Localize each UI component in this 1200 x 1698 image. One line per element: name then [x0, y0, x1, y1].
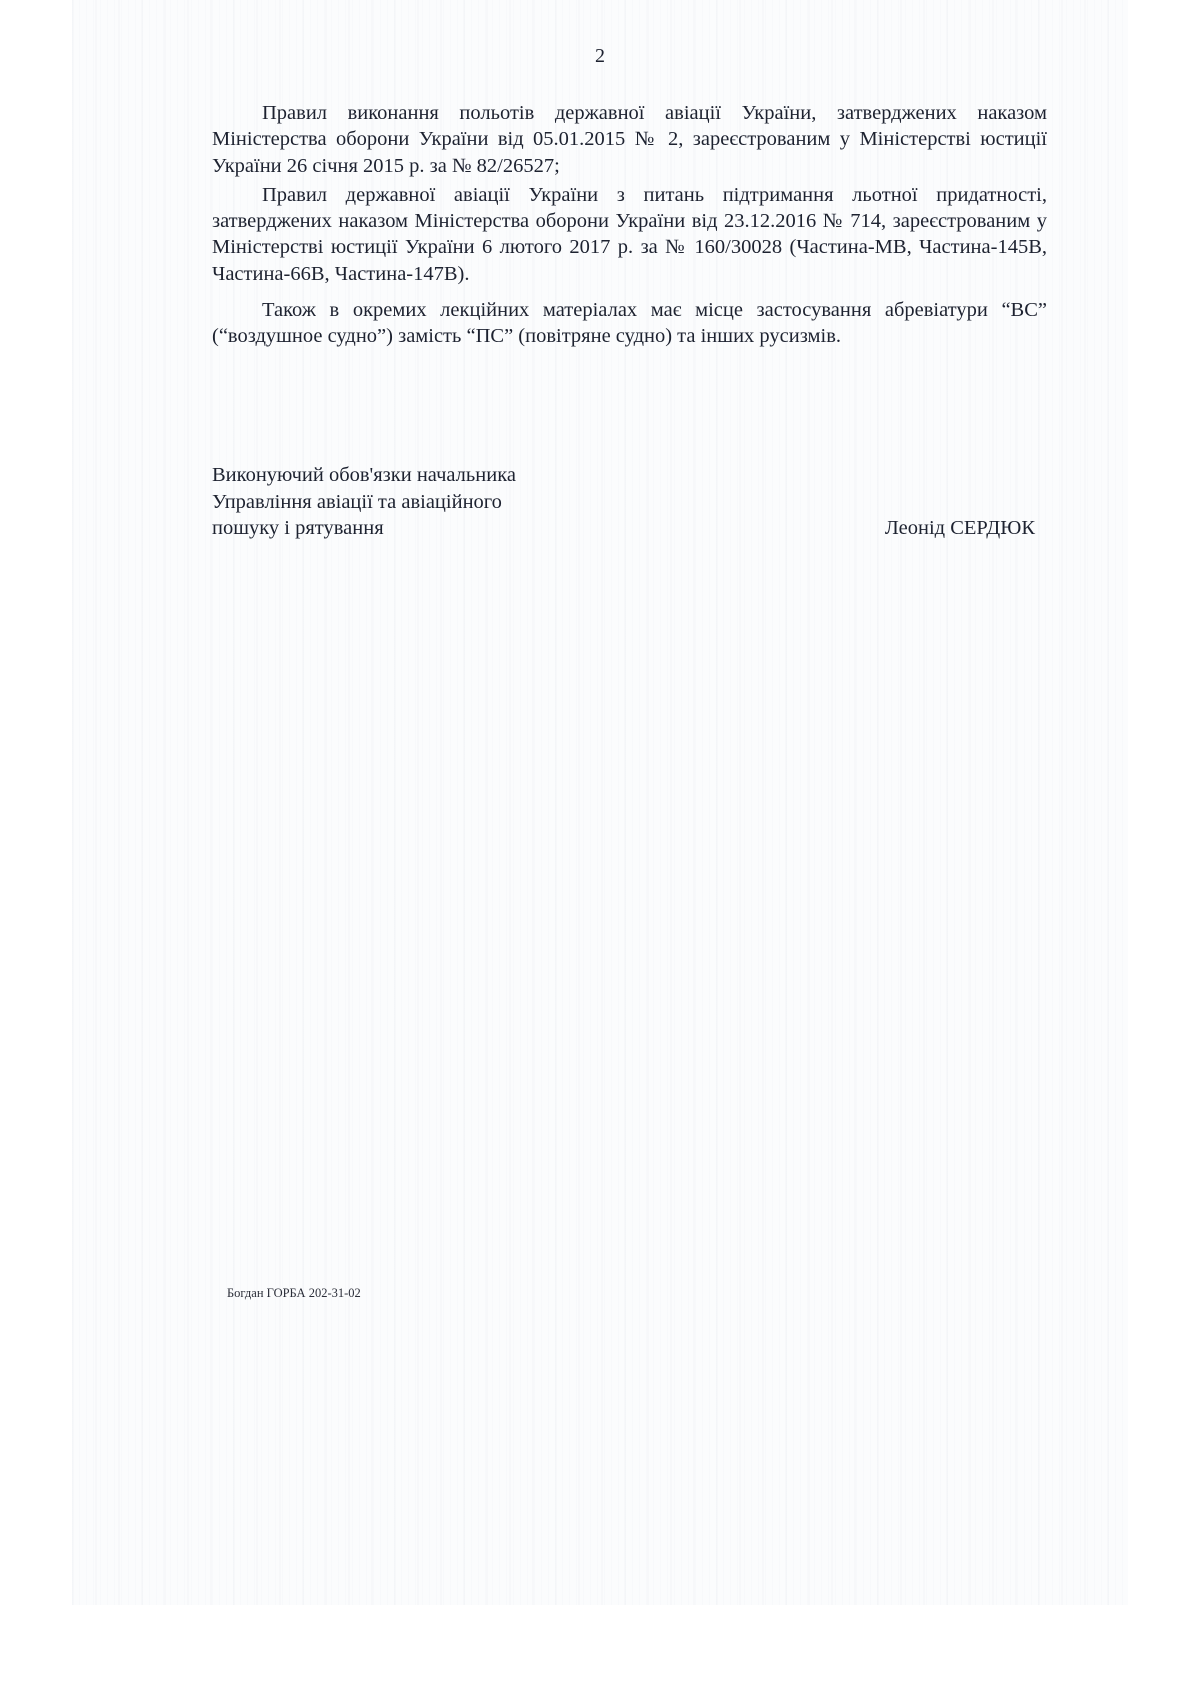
page-number: 2: [0, 45, 1200, 68]
document-body: Правил виконання польотів державної авіа…: [212, 100, 1047, 350]
signatory-name: Леонід СЕРДЮК: [885, 515, 1035, 542]
signature-block: Виконуючий обов'язки начальника Управлін…: [212, 462, 1047, 542]
executor-contact: Богдан ГОРБА 202-31-02: [227, 1286, 361, 1301]
paragraph-flight-rules: Правил виконання польотів державної авіа…: [212, 100, 1047, 179]
signatory-title-line: Управління авіації та авіаційного: [212, 489, 1047, 516]
paragraph-russicisms-note: Також в окремих лекційних матеріалах має…: [212, 297, 1047, 350]
signatory-title-line: Виконуючий обов'язки начальника: [212, 462, 1047, 489]
paragraph-airworthiness-rules: Правил державної авіації України з питан…: [212, 182, 1047, 287]
